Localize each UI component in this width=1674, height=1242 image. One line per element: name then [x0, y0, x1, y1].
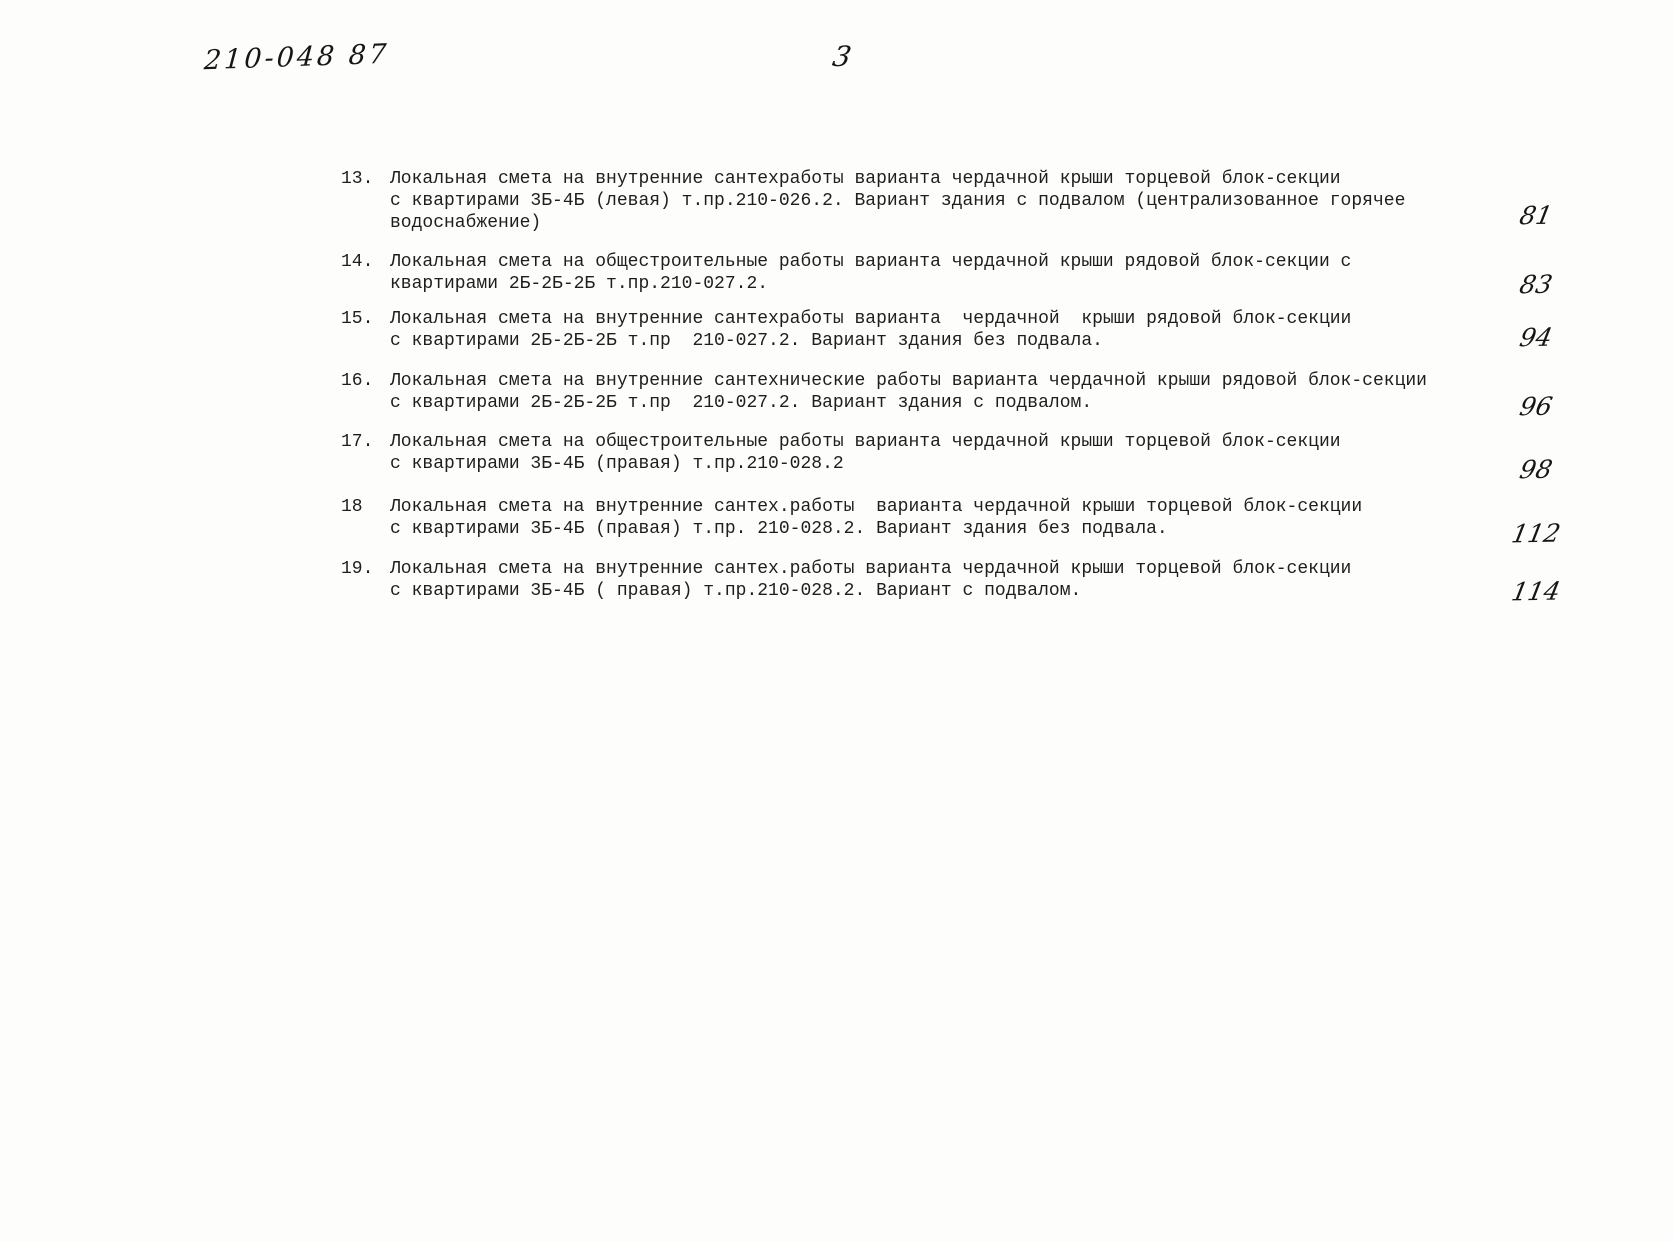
item-number: 13.	[341, 168, 373, 190]
item-number: 17.	[341, 431, 373, 453]
item-page-number: 81	[1502, 202, 1569, 228]
handwritten-document-code: 210-048 87	[203, 39, 390, 77]
item-page-number: 96	[1502, 393, 1569, 419]
item-text: Локальная смета на общестроительные рабо…	[390, 431, 1500, 475]
item-number: 18	[341, 496, 363, 518]
item-text: Локальная смета на внутренние сантехниче…	[390, 370, 1500, 414]
item-text: Локальная смета на внутренние сантех.раб…	[390, 558, 1500, 602]
item-text: Локальная смета на общестроительные рабо…	[390, 251, 1500, 295]
item-number: 16.	[341, 370, 373, 392]
item-page-number: 114	[1502, 578, 1569, 604]
item-number: 14.	[341, 251, 373, 273]
item-page-number: 98	[1502, 456, 1569, 482]
handwritten-page-number: 3	[830, 40, 854, 73]
item-page-number: 83	[1502, 271, 1569, 297]
item-text: Локальная смета на внутренние сантехрабо…	[390, 168, 1500, 234]
item-text: Локальная смета на внутренние сантехрабо…	[390, 308, 1500, 352]
item-number: 15.	[341, 308, 373, 330]
scanned-document-page: 210-048 87 3 13. Локальная смета на внут…	[0, 0, 1674, 1242]
item-text: Локальная смета на внутренние сантех.раб…	[390, 496, 1500, 540]
item-page-number: 112	[1502, 520, 1569, 546]
item-number: 19.	[341, 558, 373, 580]
item-page-number: 94	[1502, 324, 1569, 350]
